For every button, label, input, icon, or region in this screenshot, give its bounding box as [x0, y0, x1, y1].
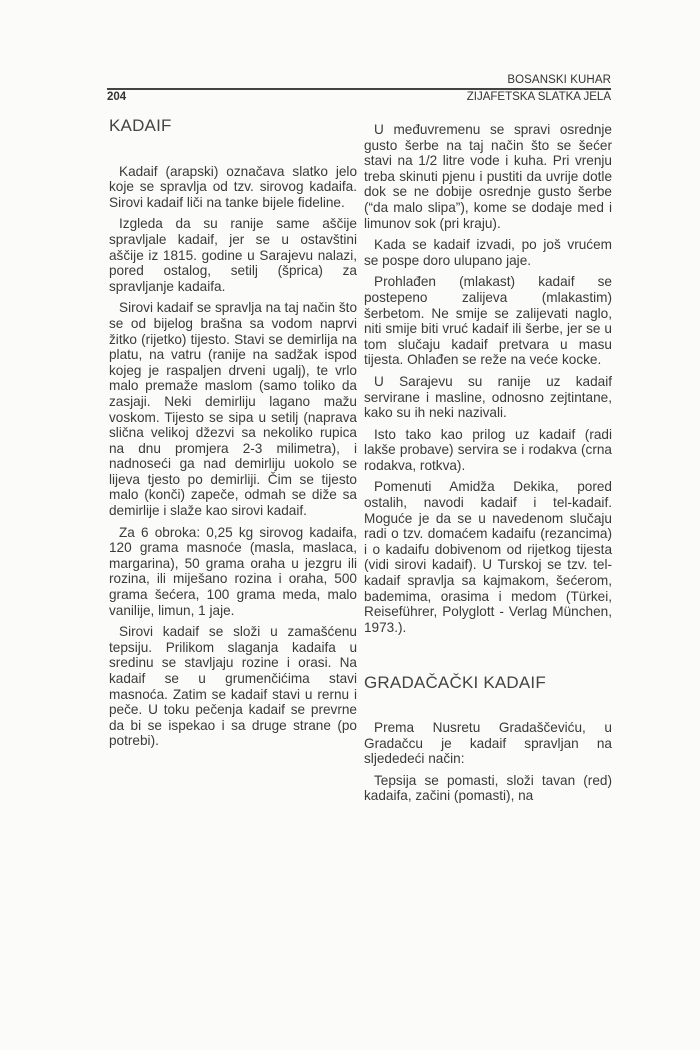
paragraph: Sirovi kadaif se spravlja na taj način š…	[109, 300, 357, 518]
paragraph: U Sarajevu su ranije uz kadaif servirane…	[364, 374, 612, 421]
ingredients-paragraph: Za 6 obroka: 0,25 kg sirovog kadaifa, 12…	[109, 525, 357, 619]
left-column: KADAIF Kadaif (arapski) označava slatko …	[109, 118, 357, 755]
paragraph: Izgleda da su ranije same aščije spravlj…	[109, 216, 357, 294]
paragraph: Kada se kadaif izvadi, po još vrućem se …	[364, 237, 612, 268]
recipe-heading-kadaif: KADAIF	[109, 118, 357, 134]
page-number: 204	[107, 91, 126, 103]
paragraph: Prohlađen (mlakast) kadaif se postepeno …	[364, 274, 612, 368]
recipe-heading-gradacacki-kadaif: GRADAČAČKI KADAIF	[364, 675, 612, 691]
book-title: BOSANSKI KUHAR	[507, 74, 611, 86]
paragraph: U međuvremenu se spravi osrednje gusto š…	[364, 122, 612, 231]
right-column: U međuvremenu se spravi osrednje gusto š…	[364, 122, 612, 810]
paragraph: Kadaif (arapski) označava slatko jelo ko…	[109, 164, 357, 211]
paragraph: Isto tako kao prilog uz kadaif (radi lak…	[364, 427, 612, 474]
section-title: ZIJAFETSKA SLATKA JELA	[467, 91, 611, 103]
paragraph: Tepsija se pomasti, složi tavan (red) ka…	[364, 773, 612, 804]
running-header: BOSANSKI KUHAR 204 ZIJAFETSKA SLATKA JEL…	[107, 74, 611, 104]
paragraph: Pomenuti Amidža Dekika, pored ostalih, n…	[364, 479, 612, 635]
paragraph: Prema Nusretu Gradaščeviću, u Gradačcu j…	[364, 720, 612, 767]
paragraph: Sirovi kadaif se složi u zamašćenu tepsi…	[109, 624, 357, 749]
header-rule	[107, 88, 611, 90]
